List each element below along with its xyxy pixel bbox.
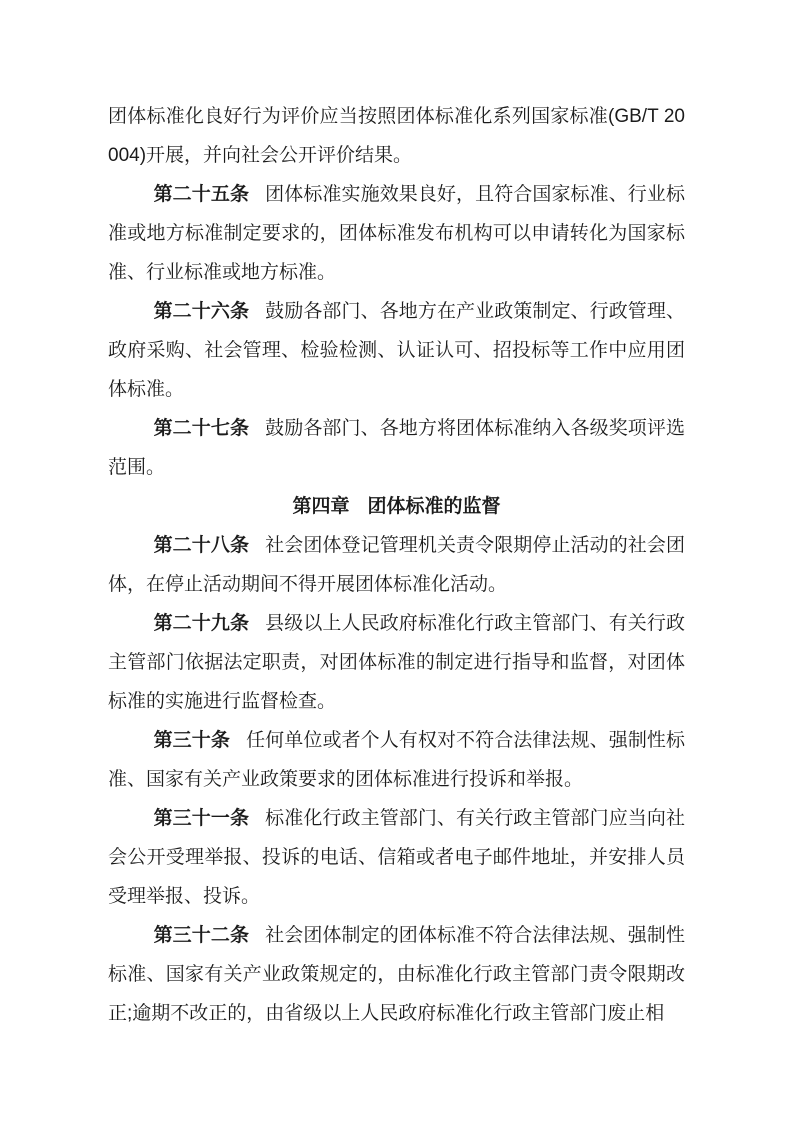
paragraph: 第三十二条社会团体制定的团体标准不符合法律法规、强制性标准、国家有关产业政策规定… xyxy=(108,916,685,1033)
paragraph-text: 团体标准化良好行为评价应当按照团体标准化系列国家标准(GB/T 20004)开展… xyxy=(108,106,685,166)
article-number: 第二十八条 xyxy=(154,535,249,556)
chapter-heading: 第四章团体标准的监督 xyxy=(108,487,685,526)
article-number: 第三十条 xyxy=(154,730,230,751)
article-number: 第三十一条 xyxy=(154,808,249,829)
paragraph: 第三十一条标准化行政主管部门、有关行政主管部门应当向社会公开受理举报、投诉的电话… xyxy=(108,799,685,916)
paragraph: 第二十七条鼓励各部门、各地方将团体标准纳入各级奖项评选范围。 xyxy=(108,409,685,487)
paragraph: 第三十条任何单位或者个人有权对不符合法律法规、强制性标准、国家有关产业政策要求的… xyxy=(108,721,685,799)
paragraph: 团体标准化良好行为评价应当按照团体标准化系列国家标准(GB/T 20004)开展… xyxy=(108,97,685,175)
document-page: 团体标准化良好行为评价应当按照团体标准化系列国家标准(GB/T 20004)开展… xyxy=(0,0,793,1122)
chapter-title: 团体标准的监督 xyxy=(368,496,501,517)
paragraph: 第二十九条县级以上人民政府标准化行政主管部门、有关行政主管部门依据法定职责，对团… xyxy=(108,604,685,721)
paragraph: 第二十五条团体标准实施效果良好，且符合国家标准、行业标准或地方标准制定要求的，团… xyxy=(108,175,685,292)
article-number: 第三十二条 xyxy=(154,925,249,946)
article-number: 第二十七条 xyxy=(154,418,249,439)
paragraph: 第二十八条社会团体登记管理机关责令限期停止活动的社会团体，在停止活动期间不得开展… xyxy=(108,526,685,604)
article-number: 第二十六条 xyxy=(154,301,249,322)
article-number: 第二十九条 xyxy=(154,613,249,634)
paragraph: 第二十六条鼓励各部门、各地方在产业政策制定、行政管理、政府采购、社会管理、检验检… xyxy=(108,292,685,409)
article-number: 第二十五条 xyxy=(154,184,249,205)
chapter-number: 第四章 xyxy=(292,496,349,517)
